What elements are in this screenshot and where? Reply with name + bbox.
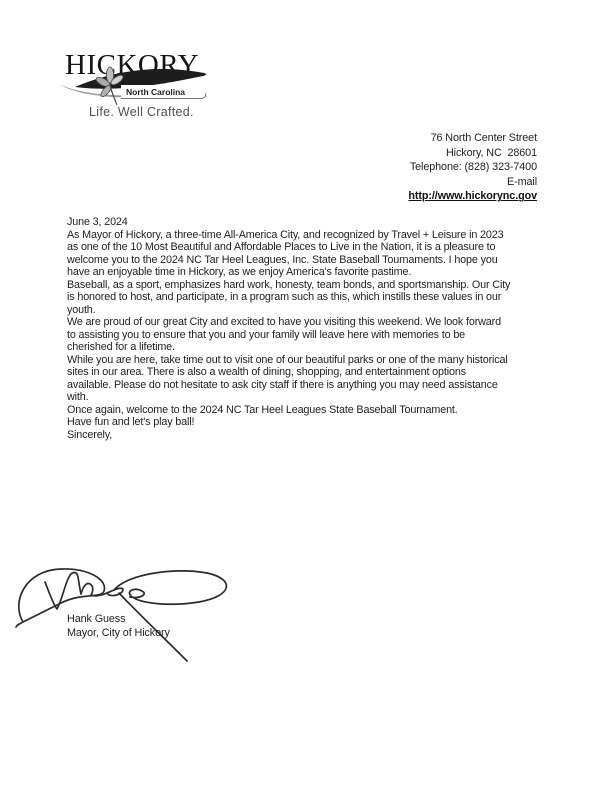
address-block: 76 North Center Street Hickory, NC 28601… — [408, 131, 537, 204]
letter-paragraph: As Mayor of Hickory, a three-time All-Am… — [67, 229, 547, 279]
hickory-city-logo: HICKORY North Carolina — [55, 38, 217, 108]
letter-paragraph: While you are here, take time out to vis… — [67, 354, 547, 404]
signer-title: Mayor, City of Hickory — [67, 627, 170, 641]
scanned-letter-page: HICKORY North Carolina Life. Well Crafte… — [0, 0, 606, 785]
letter-paragraph: Baseball, as a sport, emphasizes hard wo… — [67, 279, 547, 317]
address-telephone: Telephone: (828) 323-7400 — [408, 160, 537, 175]
letter-paragraph: Have fun and let's play ball! — [67, 416, 547, 429]
letter-date: June 3, 2024 — [67, 216, 547, 229]
letter-body: June 3, 2024 As Mayor of Hickory, a thre… — [67, 216, 547, 441]
signature-block: Hank Guess Mayor, City of Hickory — [67, 613, 170, 640]
signer-name: Hank Guess — [67, 613, 170, 627]
north-carolina-label: North Carolina — [126, 87, 185, 97]
closing-salutation: Sincerely, — [67, 429, 547, 442]
website-link[interactable]: http://www.hickorync.gov — [408, 189, 537, 204]
address-email-label: E-mail — [408, 175, 537, 190]
logo-tagline: Life. Well Crafted. — [89, 105, 194, 119]
hickory-logo-graphic: HICKORY North Carolina — [55, 38, 217, 108]
letter-paragraph: Once again, welcome to the 2024 NC Tar H… — [67, 404, 547, 417]
letter-paragraph: We are proud of our great City and excit… — [67, 316, 547, 354]
address-city: Hickory, NC 28601 — [408, 146, 537, 161]
address-street: 76 North Center Street — [408, 131, 537, 146]
